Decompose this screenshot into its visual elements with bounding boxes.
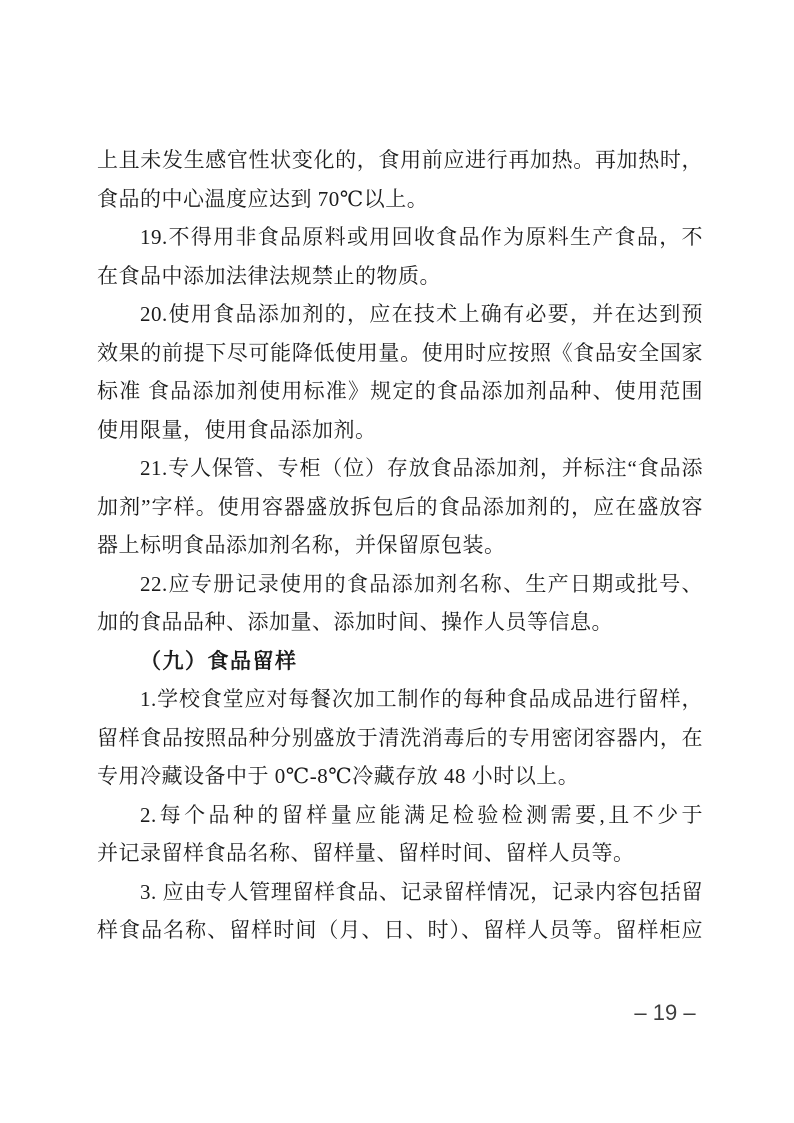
text-line: 加的食品品种、添加量、添加时间、操作人员等信息。: [97, 603, 703, 642]
text-line: 标准 食品添加剂使用标准》规定的食品添加剂品种、使用范围和: [97, 372, 703, 411]
text-line: 19.不得用非食品原料或用回收食品作为原料生产食品，不得: [97, 218, 703, 257]
text-line: 使用限量，使用食品添加剂。: [97, 411, 703, 450]
text-line: 器上标明食品添加剂名称，并保留原包装。: [97, 526, 703, 565]
document-page: 上且未发生感官性状变化的，食用前应进行再加热。再加热时，食品的中心温度应达到 7…: [0, 0, 794, 1123]
text-line: 21.专人保管、专柜（位）存放食品添加剂，并标注“食品添: [97, 449, 703, 488]
text-line: 食品的中心温度应达到 70℃以上。: [97, 180, 703, 219]
text-line: 20.使用食品添加剂的，应在技术上确有必要，并在达到预期: [97, 295, 703, 334]
text-line: 加剂”字样。使用容器盛放拆包后的食品添加剂的，应在盛放容: [97, 488, 703, 527]
text-line: 专用冷藏设备中于 0℃-8℃冷藏存放 48 小时以上。: [97, 757, 703, 796]
text-line: 2.每个品种的留样量应能满足检验检测需要,且不少于 125g，: [97, 796, 703, 835]
text-line: 上且未发生感官性状变化的，食用前应进行再加热。再加热时，: [97, 141, 703, 180]
document-body: 上且未发生感官性状变化的，食用前应进行再加热。再加热时，食品的中心温度应达到 7…: [97, 141, 703, 950]
text-line: 22.应专册记录使用的食品添加剂名称、生产日期或批号、添: [97, 565, 703, 604]
text-line: 留样食品按照品种分别盛放于清洗消毒后的专用密闭容器内，在: [97, 719, 703, 758]
text-line: 在食品中添加法律法规禁止的物质。: [97, 257, 703, 296]
text-line: 1.学校食堂应对每餐次加工制作的每种食品成品进行留样，: [97, 680, 703, 719]
text-line: 效果的前提下尽可能降低使用量。使用时应按照《食品安全国家: [97, 334, 703, 373]
page-number: – 19 –: [600, 1000, 730, 1026]
text-line: 并记录留样食品名称、留样量、留样时间、留样人员等。: [97, 834, 703, 873]
section-heading: （九）食品留样: [97, 642, 703, 681]
text-line: 样食品名称、留样时间（月、日、时）、留样人员等。留样柜应: [97, 911, 703, 950]
text-line: 3. 应由专人管理留样食品、记录留样情况，记录内容包括留: [97, 873, 703, 912]
